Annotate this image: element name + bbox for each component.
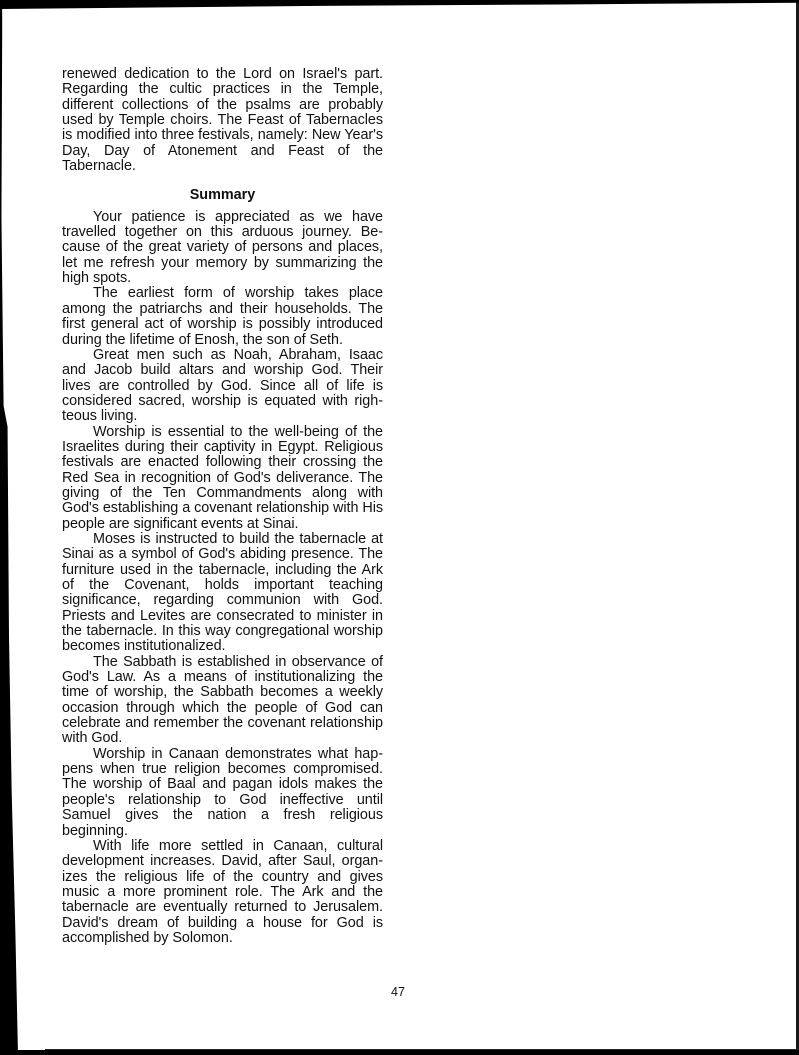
paragraph-altars: Great men such as Noah, Abraham, Isaac a… [62, 348, 383, 425]
paragraph-canaan: Worship in Canaan demonstrates what hap­… [62, 747, 383, 839]
paragraph-tabernacle: Moses is instructed to build the taberna… [62, 532, 383, 655]
text-column: renewed dedication to the Lord on Israel… [62, 67, 383, 946]
paragraph-patriarchs: The earliest form of worship takes place… [62, 286, 383, 347]
opening-paragraph: renewed dedication to the Lord on Israel… [62, 67, 383, 174]
scan-border-left [0, 8, 18, 1055]
paragraph-intro: Your patience is appreciated as we have … [62, 210, 383, 287]
paragraph-egypt: Worship is essential to the well-being o… [62, 425, 383, 532]
paragraph-sabbath: The Sabbath is established in observance… [62, 655, 383, 747]
scan-border-top [0, 0, 799, 9]
paragraph-david: With life more settled in Canaan, cultur… [62, 839, 383, 946]
page-number: 47 [391, 985, 405, 999]
scan-border-bottom [0, 1050, 799, 1055]
section-heading: Summary [62, 188, 383, 203]
